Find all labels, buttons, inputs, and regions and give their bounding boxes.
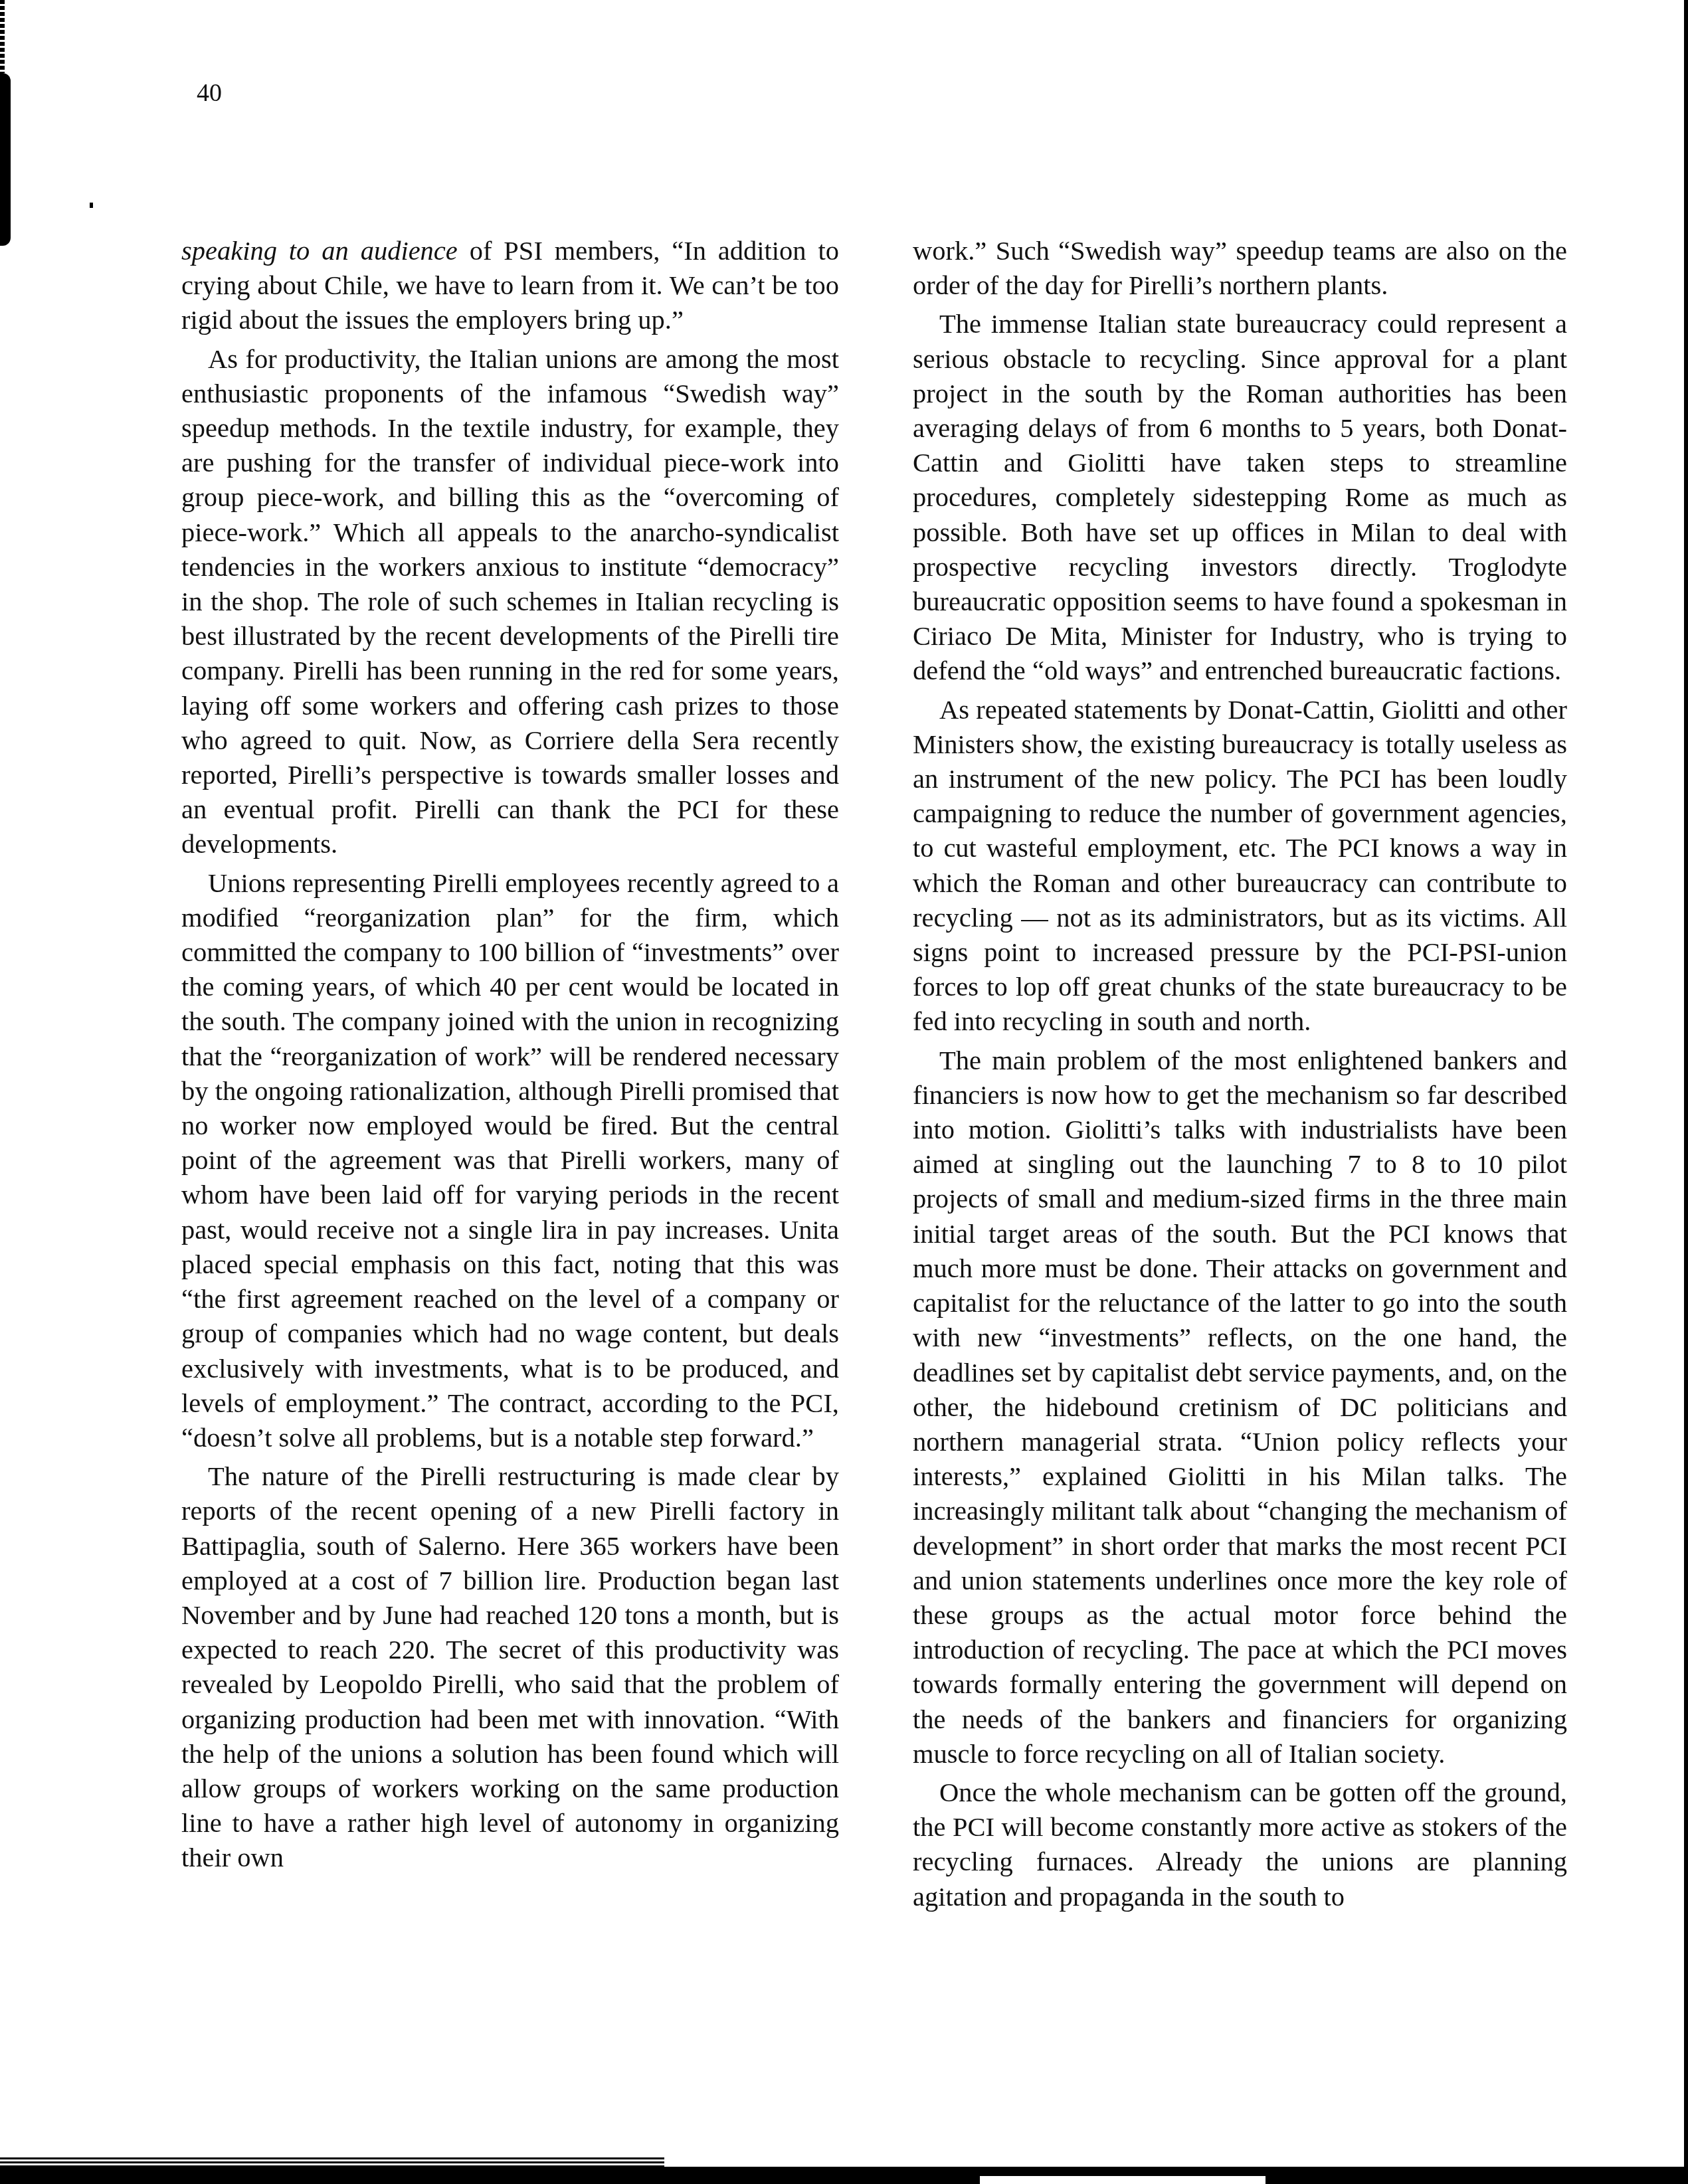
scanned-page: 40 speaking to an audience of PSI member… (0, 0, 1688, 2184)
page-number: 40 (197, 78, 222, 108)
paragraph: The main problem of the most enlightened… (913, 1044, 1567, 1772)
italic-lead: speaking to an audience (181, 236, 458, 266)
paragraph: As repeated statements by Donat-Cattin, … (913, 693, 1567, 1040)
paragraph: Unions representing Pirelli employees re… (181, 866, 839, 1455)
paragraph: The nature of the Pirelli restructuring … (181, 1459, 839, 1875)
scan-bottom-edge (0, 2167, 1688, 2184)
scan-bottom-artifact (0, 2157, 664, 2167)
right-column: work.” Such “Swedish way” speedup teams … (913, 234, 1567, 1914)
scan-edge-shadow (0, 0, 5, 73)
scan-binding-shadow (0, 73, 11, 246)
paragraph: The immense Italian state bureaucracy co… (913, 307, 1567, 688)
paragraph: Once the whole mechanism can be gotten o… (913, 1775, 1567, 1914)
scan-bottom-notch (980, 2176, 1266, 2184)
scan-speck (90, 203, 93, 208)
paragraph: speaking to an audience of PSI members, … (181, 234, 839, 338)
scan-right-edge (1684, 0, 1688, 2184)
paragraph: As for productivity, the Italian unions … (181, 342, 839, 862)
paragraph: work.” Such “Swedish way” speedup teams … (913, 234, 1567, 303)
left-column: speaking to an audience of PSI members, … (181, 234, 839, 1876)
